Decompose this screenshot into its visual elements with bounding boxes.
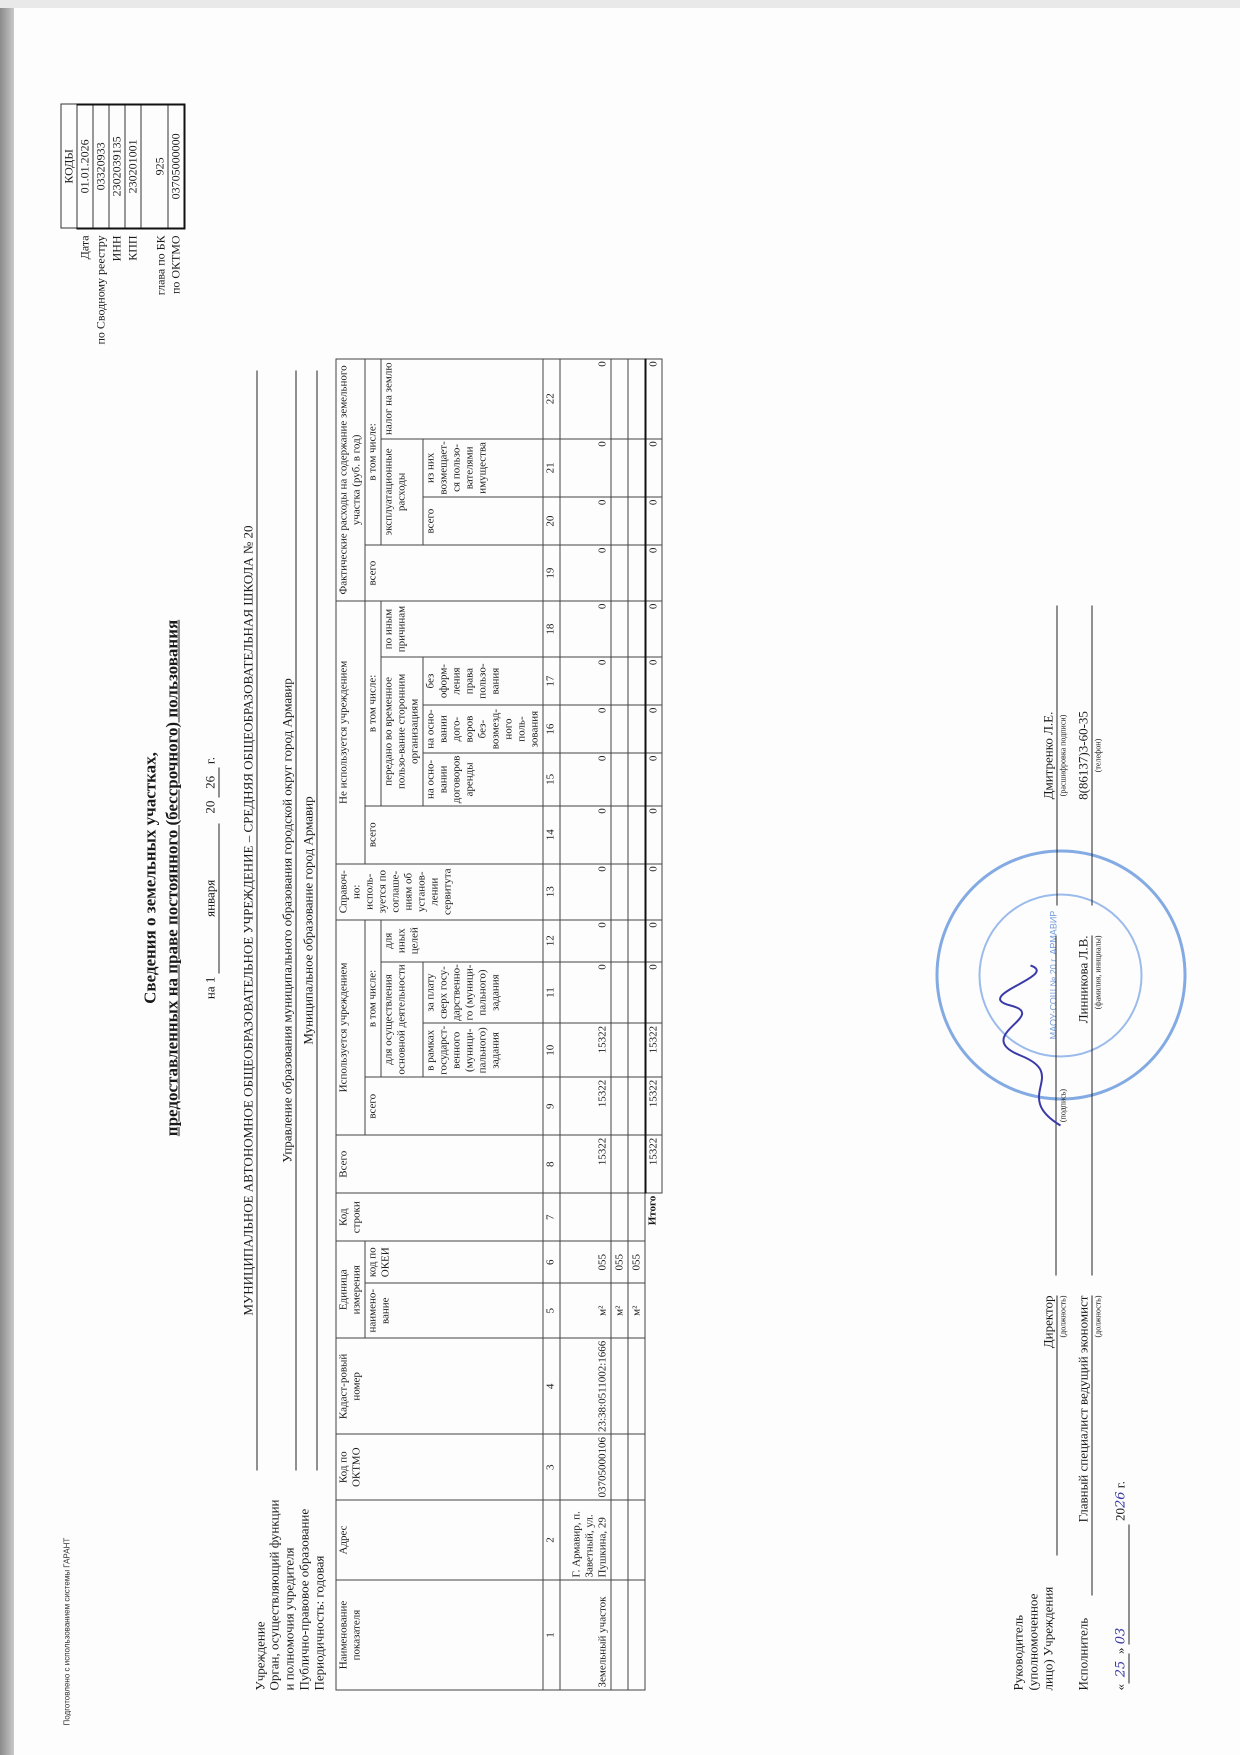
table-row: м²055 — [628, 358, 645, 1689]
row-value-col-22 — [611, 358, 628, 438]
row-value-col-9 — [628, 1077, 645, 1135]
row-value-col-14: 0 — [560, 805, 611, 863]
sign-date: «25» 03 2026 г. — [1112, 1481, 1129, 1690]
column-number: 21 — [543, 438, 560, 496]
row-value-col-14 — [611, 805, 628, 863]
total-value-col-14: 0 — [645, 805, 662, 863]
total-value-col-22: 0 — [645, 358, 662, 438]
row-value-col-19 — [611, 545, 628, 601]
col-not-used-incl-header: в том числе: — [365, 601, 381, 806]
row-unit: м² — [611, 1283, 628, 1338]
column-number: 13 — [543, 863, 560, 919]
row-value-col-22: 0 — [560, 358, 611, 438]
row-value-col-16 — [611, 705, 628, 753]
col-servitude-header: Справоч-но: исполь-зуется по соглаше-ния… — [336, 863, 543, 919]
col-other-purposes-header: для иных целей — [381, 919, 543, 961]
col-line-code-header: Код строки — [336, 1193, 543, 1241]
code-value-inn: 2302039135 — [109, 104, 125, 228]
column-number: 8 — [543, 1135, 560, 1193]
report-date-year: 26 — [202, 767, 219, 797]
executor-phone: 8(86137)3-60-35 — [1075, 605, 1092, 905]
row-okei: 055 — [628, 1241, 645, 1283]
code-label-oktmo: по ОКТМО — [168, 228, 185, 350]
column-number: 14 — [543, 805, 560, 863]
col-land-tax-header: налог на землю — [381, 358, 543, 438]
row-line-code — [628, 1193, 645, 1241]
col-main-activity-header: для осуществления основной деятельности — [381, 961, 423, 1077]
total-label: Итого — [645, 1193, 662, 1690]
column-number: 5 — [543, 1283, 560, 1338]
founder-value: Управление образования муниципального об… — [279, 370, 296, 1470]
code-value-bk: 925 — [141, 104, 168, 228]
row-value-col-17 — [611, 657, 628, 705]
column-number: 11 — [543, 961, 560, 1023]
total-value-col-10: 15322 — [645, 1023, 662, 1077]
row-value-col-8 — [628, 1135, 645, 1193]
report-date: на 1 января 20 26 г. — [202, 0, 219, 1755]
head-position-caption: (должность) — [1058, 1295, 1067, 1555]
col-temp-use-header: передано во временное пользо-вание сторо… — [381, 657, 423, 806]
total-value-col-11: 0 — [645, 961, 662, 1023]
sign-date-month: 03 — [1113, 1524, 1129, 1644]
sign-date-day: 25 — [1113, 1654, 1129, 1684]
total-value-col-13: 0 — [645, 863, 662, 919]
col-used-total-header: всего — [365, 1077, 543, 1135]
row-value-col-19: 0 — [560, 545, 611, 601]
col-name-header: Наименование показателя — [336, 1580, 543, 1690]
row-value-col-9 — [611, 1077, 628, 1135]
total-value-col-18: 0 — [645, 601, 662, 657]
col-cadastral-header: Кадаст-ровый номер — [336, 1338, 543, 1434]
col-operating-header: эксплуатационные расходы — [381, 438, 423, 544]
row-value-col-13 — [611, 863, 628, 919]
table-row: м²055 — [611, 358, 628, 1689]
col-exp-total-header: всего — [365, 545, 543, 601]
total-row: Итого153221532215322000000000000 — [645, 358, 662, 1689]
row-value-col-20 — [628, 497, 645, 545]
code-label-inn: ИНН — [109, 228, 125, 350]
institution-label: Учреждение — [252, 1621, 267, 1690]
row-address — [611, 1500, 628, 1580]
row-cadastral: 23:38:0511002:1666 — [560, 1338, 611, 1434]
column-number: 9 — [543, 1077, 560, 1135]
code-value-registry: 03320933 — [93, 104, 109, 228]
total-value-col-20: 0 — [645, 497, 662, 545]
row-value-col-11 — [611, 961, 628, 1023]
row-name — [628, 1580, 645, 1690]
garant-note: Подготовлено с использованием системы ГА… — [62, 1537, 71, 1725]
total-value-col-15: 0 — [645, 753, 662, 806]
column-number: 22 — [543, 358, 560, 438]
total-value-col-16: 0 — [645, 705, 662, 753]
row-value-col-19 — [628, 545, 645, 601]
total-value-col-21: 0 — [645, 438, 662, 496]
row-oktmo — [611, 1434, 628, 1500]
head-label-3: лицо) Учреждения — [1040, 1586, 1056, 1690]
land-plots-table: Наименование показателя Адрес Код по ОКТ… — [335, 358, 662, 1690]
founder-label-1: Орган, осуществляющий функции — [266, 1499, 281, 1690]
head-position: Директор — [1040, 1295, 1057, 1555]
col-oktmo-header: Код по ОКТМО — [336, 1434, 543, 1500]
report-date-prefix: на 1 — [202, 976, 217, 998]
row-value-col-22 — [628, 358, 645, 438]
col-okei-header: код по ОКЕИ — [365, 1241, 543, 1283]
col-other-reasons-header: по иным причинам — [381, 601, 543, 657]
sign-date-year: 26 — [1113, 1491, 1128, 1508]
row-name — [611, 1580, 628, 1690]
executor-position-caption: (должность) — [1093, 1295, 1102, 1595]
column-number: 20 — [543, 497, 560, 545]
row-value-col-11: 0 — [560, 961, 611, 1023]
row-line-code — [560, 1193, 611, 1241]
header-row-1: Наименование показателя Адрес Код по ОКТ… — [336, 358, 365, 1689]
total-value-col-9: 15322 — [645, 1077, 662, 1135]
col-no-right-header: без оформ-ления права пользо-вания — [423, 657, 543, 705]
row-value-col-15 — [611, 753, 628, 806]
executor-name-caption: (фамилия, инициалы) — [1093, 935, 1102, 1275]
row-value-col-21 — [611, 438, 628, 496]
row-value-col-20: 0 — [560, 497, 611, 545]
signature-scribble-icon — [990, 955, 1080, 1135]
executor-label: Исполнитель — [1075, 1617, 1091, 1690]
total-value-col-8: 15322 — [645, 1135, 662, 1193]
row-unit: м² — [628, 1283, 645, 1338]
row-value-col-13: 0 — [560, 863, 611, 919]
row-value-col-12: 0 — [560, 919, 611, 961]
column-number: 16 — [543, 705, 560, 753]
founder-label-2: и полномочия учредителя — [281, 1547, 296, 1690]
column-number: 15 — [543, 753, 560, 806]
col-unit-name-header: наимено-вание — [365, 1283, 543, 1338]
row-value-col-16 — [628, 705, 645, 753]
row-oktmo: 03705000106 — [560, 1434, 611, 1500]
col-total-header: Всего — [336, 1135, 543, 1193]
col-address-header: Адрес — [336, 1500, 543, 1580]
row-value-col-18: 0 — [560, 601, 611, 657]
row-value-col-10 — [611, 1023, 628, 1077]
row-value-col-10: 15322 — [560, 1023, 611, 1077]
row-unit: м² — [560, 1283, 611, 1338]
col-expenses-group-header: Фактические расходы на содержание земель… — [336, 358, 365, 600]
code-value-kpp: 230201001 — [125, 104, 141, 228]
column-number: 1 — [543, 1580, 560, 1690]
row-cadastral — [628, 1338, 645, 1434]
row-address — [628, 1500, 645, 1580]
col-paid-over-task-header: за плату сверх госу-дарственно-го (муниц… — [423, 961, 543, 1023]
column-numbers-row: 12345678910111213141516171819202122 — [543, 358, 560, 1689]
row-value-col-18 — [611, 601, 628, 657]
row-okei: 055 — [611, 1241, 628, 1283]
row-oktmo — [628, 1434, 645, 1500]
institution-value: МУНИЦИПАЛЬНОЕ АВТОНОМНОЕ ОБЩЕОБРАЗОВАТЕЛ… — [240, 370, 257, 1470]
column-number: 12 — [543, 919, 560, 961]
row-value-col-11 — [628, 961, 645, 1023]
column-number: 2 — [543, 1500, 560, 1580]
total-value-col-12: 0 — [645, 919, 662, 961]
row-name: Земельный участок — [560, 1580, 611, 1690]
report-date-suffix: г. — [202, 756, 217, 763]
head-label-1: Руководитель — [1010, 1615, 1026, 1691]
row-value-col-8: 15322 — [560, 1135, 611, 1193]
col-exp-incl-header: в том числе: — [365, 358, 381, 544]
column-number: 17 — [543, 657, 560, 705]
column-number: 7 — [543, 1193, 560, 1241]
row-value-col-17 — [628, 657, 645, 705]
column-number: 4 — [543, 1338, 560, 1434]
head-name-caption: (расшифровка подписи) — [1058, 605, 1067, 905]
codes-header: КОДЫ — [61, 104, 77, 228]
table-row: Земельный участокГ. Армавир, п. Заветный… — [560, 358, 611, 1689]
row-line-code — [611, 1193, 628, 1241]
executor-phone-caption: (телефон) — [1093, 605, 1102, 905]
total-value-col-19: 0 — [645, 545, 662, 601]
code-value-date: 01.01.2026 — [77, 104, 93, 228]
column-number: 19 — [543, 545, 560, 601]
code-value-oktmo: 03705000000 — [168, 104, 185, 228]
column-number: 10 — [543, 1023, 560, 1077]
row-value-col-21: 0 — [560, 438, 611, 496]
row-value-col-18 — [628, 601, 645, 657]
row-value-col-8 — [611, 1135, 628, 1193]
column-number: 6 — [543, 1241, 560, 1283]
row-value-col-12 — [611, 919, 628, 961]
codes-table: КОДЫ Дата01.01.2026 по Сводному реестру0… — [60, 103, 185, 350]
public-entity-label: Публично-правовое образование — [296, 1508, 311, 1690]
code-label-bk: глава по БК — [141, 228, 168, 350]
document-page: Подготовлено с использованием системы ГА… — [0, 0, 1240, 1755]
col-operating-total-header: всего — [423, 497, 543, 545]
sign-date-year-prefix: 20 — [1112, 1508, 1127, 1521]
row-value-col-15: 0 — [560, 753, 611, 806]
col-lease-header: на осно-вании договоров аренды — [423, 753, 543, 806]
head-label-2: (уполномоченное — [1025, 1593, 1041, 1690]
row-value-col-12 — [628, 919, 645, 961]
head-name: Дмитренко Л.Е. — [1040, 605, 1057, 905]
code-label-registry: по Сводному реестру — [93, 228, 109, 350]
sign-date-suffix: г. — [1112, 1481, 1127, 1488]
row-value-col-14 — [628, 805, 645, 863]
row-value-col-16: 0 — [560, 705, 611, 753]
row-value-col-20 — [611, 497, 628, 545]
row-okei: 055 — [560, 1241, 611, 1283]
code-label-date: Дата — [77, 228, 93, 350]
sign-date-open: « — [1112, 1684, 1127, 1691]
col-unit-group-header: Единица измерения — [336, 1241, 365, 1338]
column-number: 18 — [543, 601, 560, 657]
col-state-task-header: в рамках государст-венного (муници-пальн… — [423, 1023, 543, 1077]
public-entity-value: Муниципальное образование город Армавир — [300, 370, 317, 1470]
col-used-incl-header: в том числе: — [365, 919, 381, 1077]
executor-position: Главный специалист ведущий экономист — [1075, 1295, 1092, 1595]
periodicity: Периодичность: годовая — [311, 1555, 326, 1690]
row-cadastral — [611, 1338, 628, 1434]
col-not-used-total-header: всего — [365, 805, 543, 863]
code-label-kpp: КПП — [125, 228, 141, 350]
row-value-col-17: 0 — [560, 657, 611, 705]
column-number: 3 — [543, 1434, 560, 1500]
report-date-month: января — [202, 823, 219, 973]
sign-date-close: » — [1112, 1647, 1127, 1654]
col-not-used-group-header: Не используется учреждением — [336, 601, 365, 864]
row-value-col-15 — [628, 753, 645, 806]
col-used-group-header: Используется учреждением — [336, 919, 365, 1135]
row-address: Г. Армавир, п. Заветный, ул. Пушкина, 29 — [560, 1500, 611, 1580]
total-value-col-17: 0 — [645, 657, 662, 705]
row-value-col-21 — [628, 438, 645, 496]
row-value-col-9: 15322 — [560, 1077, 611, 1135]
row-value-col-10 — [628, 1023, 645, 1077]
col-reimbursed-header: из них возмещает-ся пользо-вателями имущ… — [423, 438, 543, 496]
row-value-col-13 — [628, 863, 645, 919]
col-free-use-header: на осно-вании дого-воров без-возмезд-ног… — [423, 705, 543, 753]
report-date-year-prefix: 20 — [202, 800, 217, 813]
